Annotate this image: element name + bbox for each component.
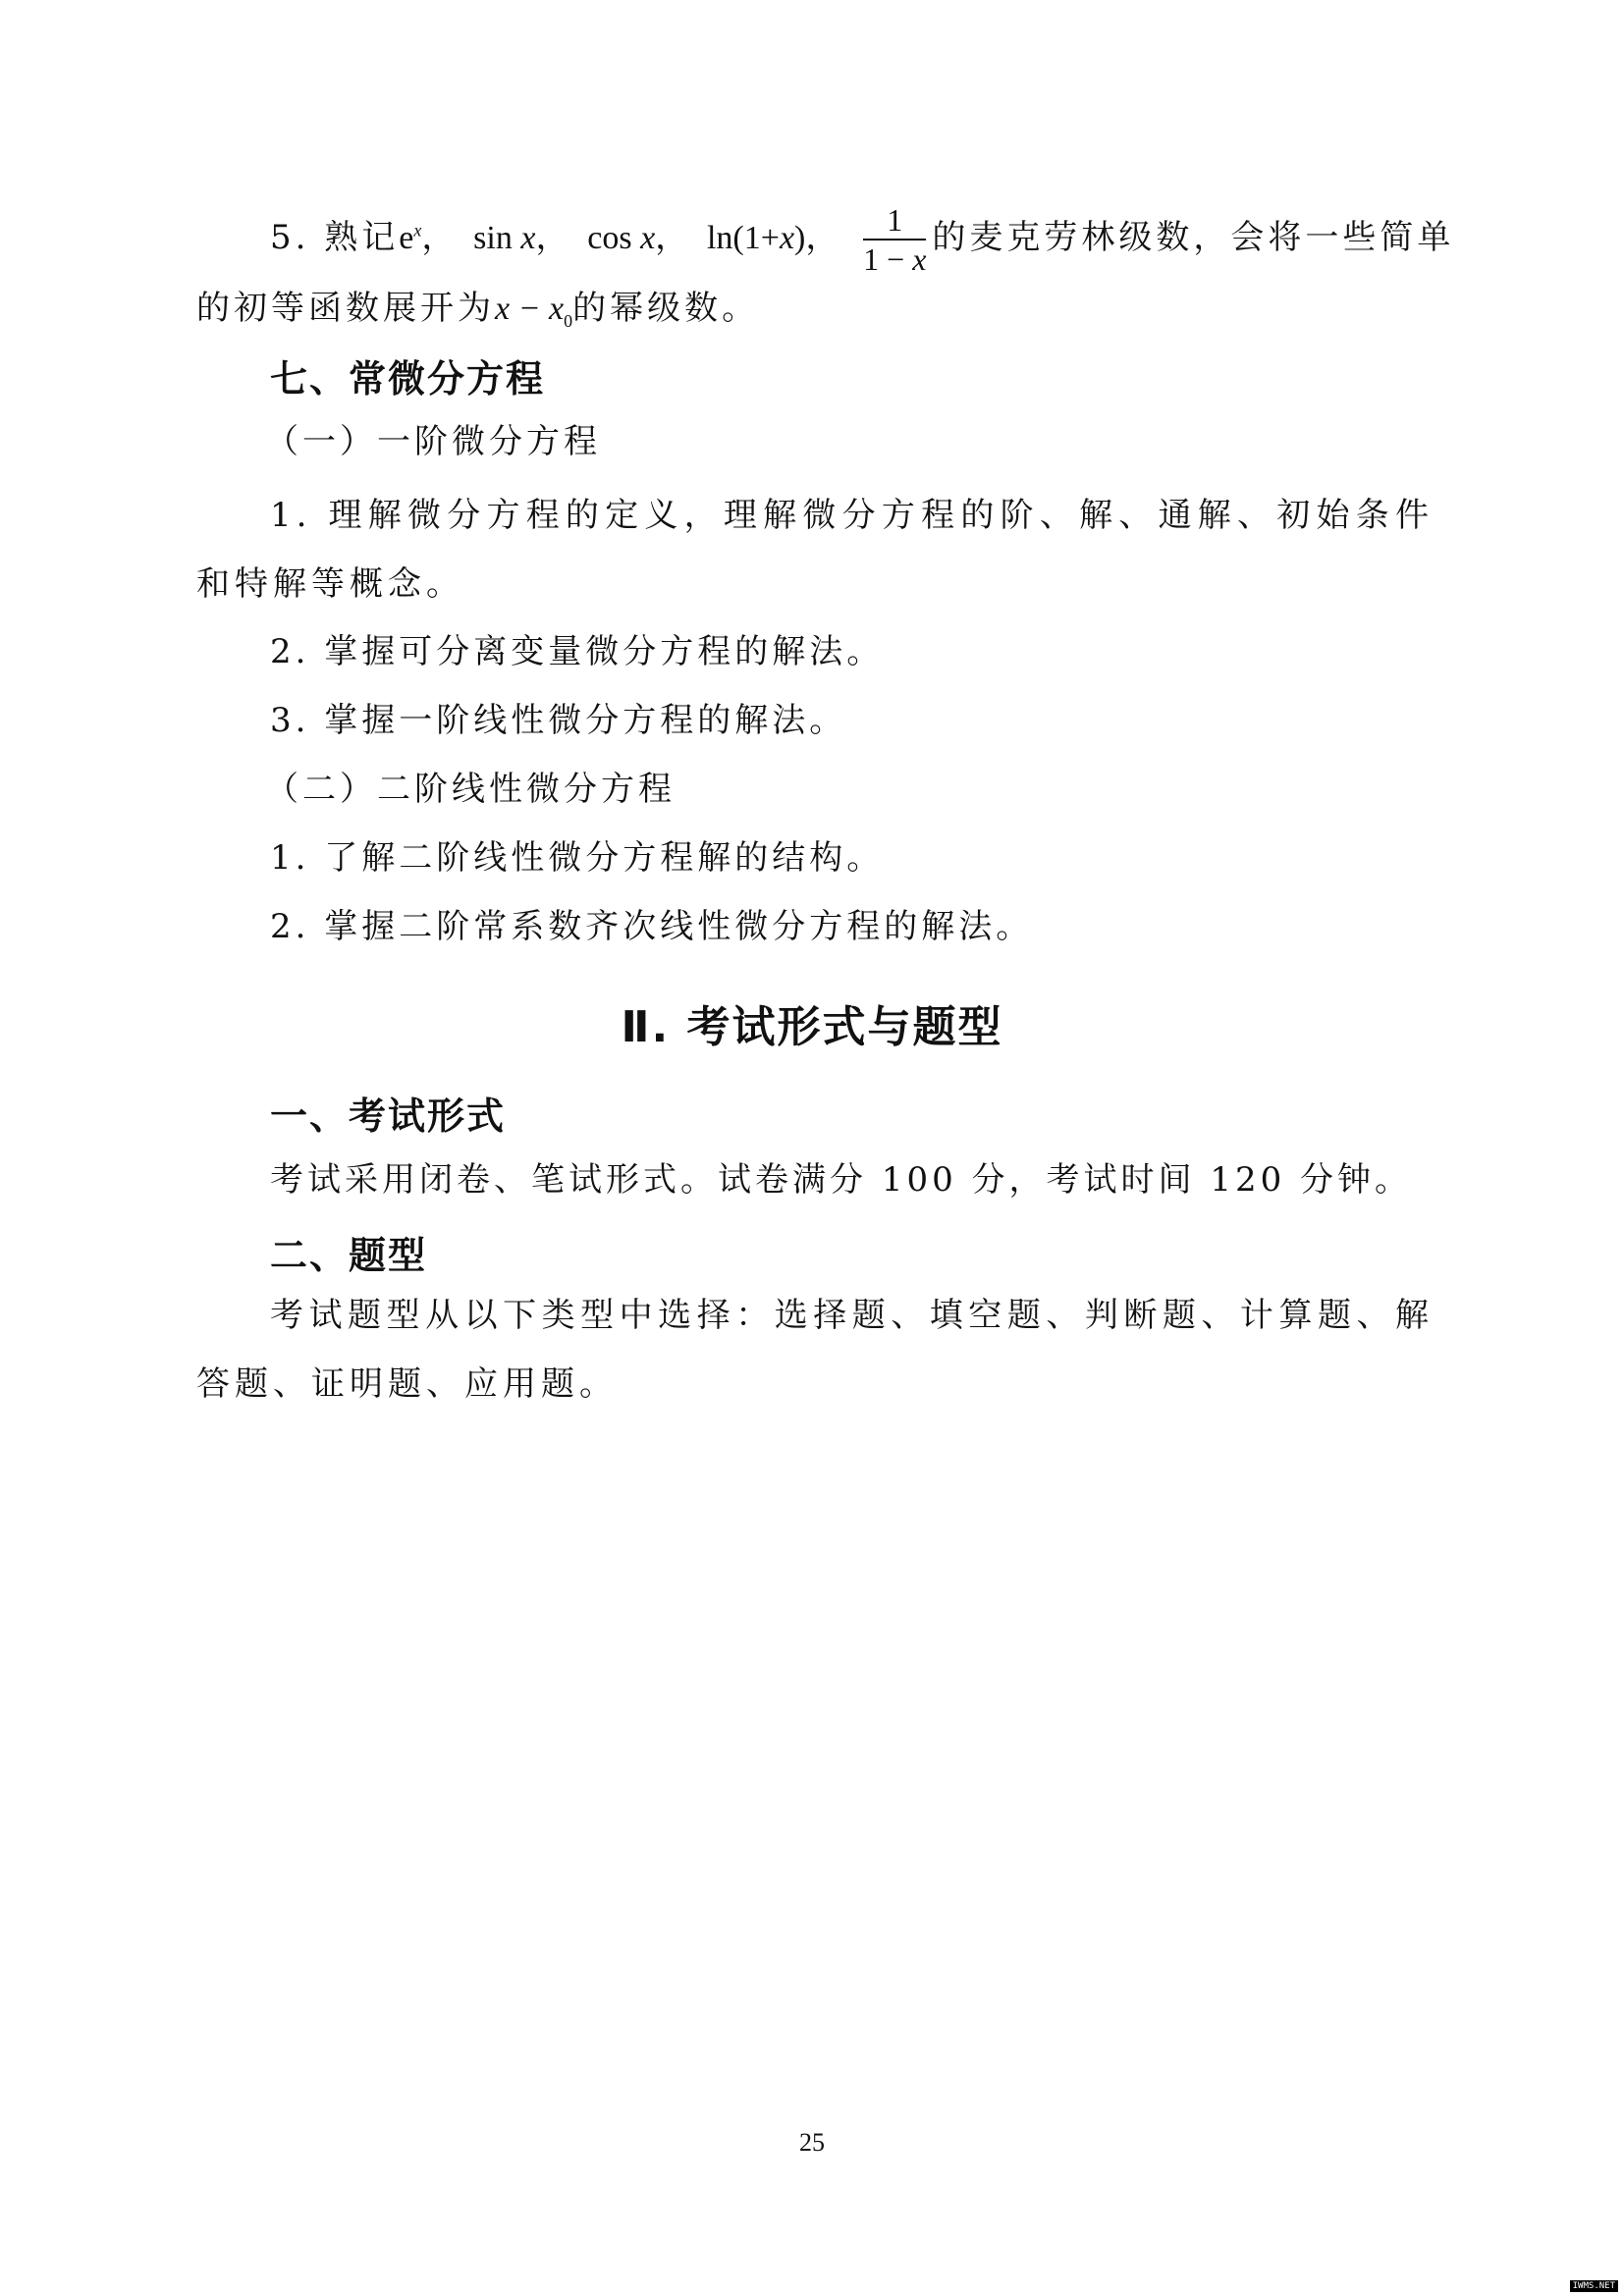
cos-function: cos x: [587, 220, 655, 256]
item-5-prefix: 5. 熟记: [270, 218, 399, 257]
sin-function: sin x: [473, 220, 535, 256]
x-minus-x0: x − x0: [495, 291, 572, 327]
sub1-item-2: 2. 掌握可分离变量微分方程的解法。: [270, 630, 884, 673]
subsection-1-title: （一）一阶微分方程: [265, 420, 601, 463]
item-5-line-1: 5. 熟记ex， sin x， cos x， ln(1+x)， 11 − x的麦…: [270, 201, 1454, 278]
fraction-one-over-one-minus-x: 11 − x: [863, 201, 926, 278]
exam-form-text: 考试采用闭卷、笔试形式。试卷满分 100 分，考试时间 120 分钟。: [270, 1158, 1412, 1201]
ln-function: ln(1+x): [707, 220, 805, 256]
question-types-title: 二、题型: [270, 1225, 427, 1279]
part-2-title: Ⅱ. 考试形式与题型: [0, 991, 1624, 1054]
sub2-item-1: 1. 了解二阶线性微分方程解的结构。: [270, 836, 884, 880]
subsection-2-title: （二）二阶线性微分方程: [265, 768, 676, 811]
item-5-line-2: 的初等函数展开为x − x0的幂级数。: [196, 287, 759, 343]
sub2-item-2: 2. 掌握二阶常系数齐次线性微分方程的解法。: [270, 905, 1033, 948]
exam-form-title: 一、考试形式: [270, 1086, 506, 1140]
watermark: IWMS.NET: [1570, 2280, 1618, 2292]
sub1-item-3: 3. 掌握一阶线性微分方程的解法。: [270, 699, 846, 742]
item-5-suffix: 的麦克劳林级数，会将一些简单: [932, 218, 1454, 257]
item-5-line2-suffix: 的幂级数。: [572, 289, 759, 328]
sub1-item-1: 1. 理解微分方程的定义，理解微分方程的阶、解、通解、初始条件和特解等概念。: [196, 481, 1434, 618]
exp-function: ex: [399, 220, 421, 256]
item-5-line2-prefix: 的初等函数展开为: [196, 289, 495, 328]
question-types-text: 考试题型从以下类型中选择：选择题、填空题、判断题、计算题、解答题、证明题、应用题…: [196, 1281, 1434, 1418]
page-number: 25: [0, 2128, 1624, 2158]
section-7-title: 七、常微分方程: [270, 348, 545, 402]
